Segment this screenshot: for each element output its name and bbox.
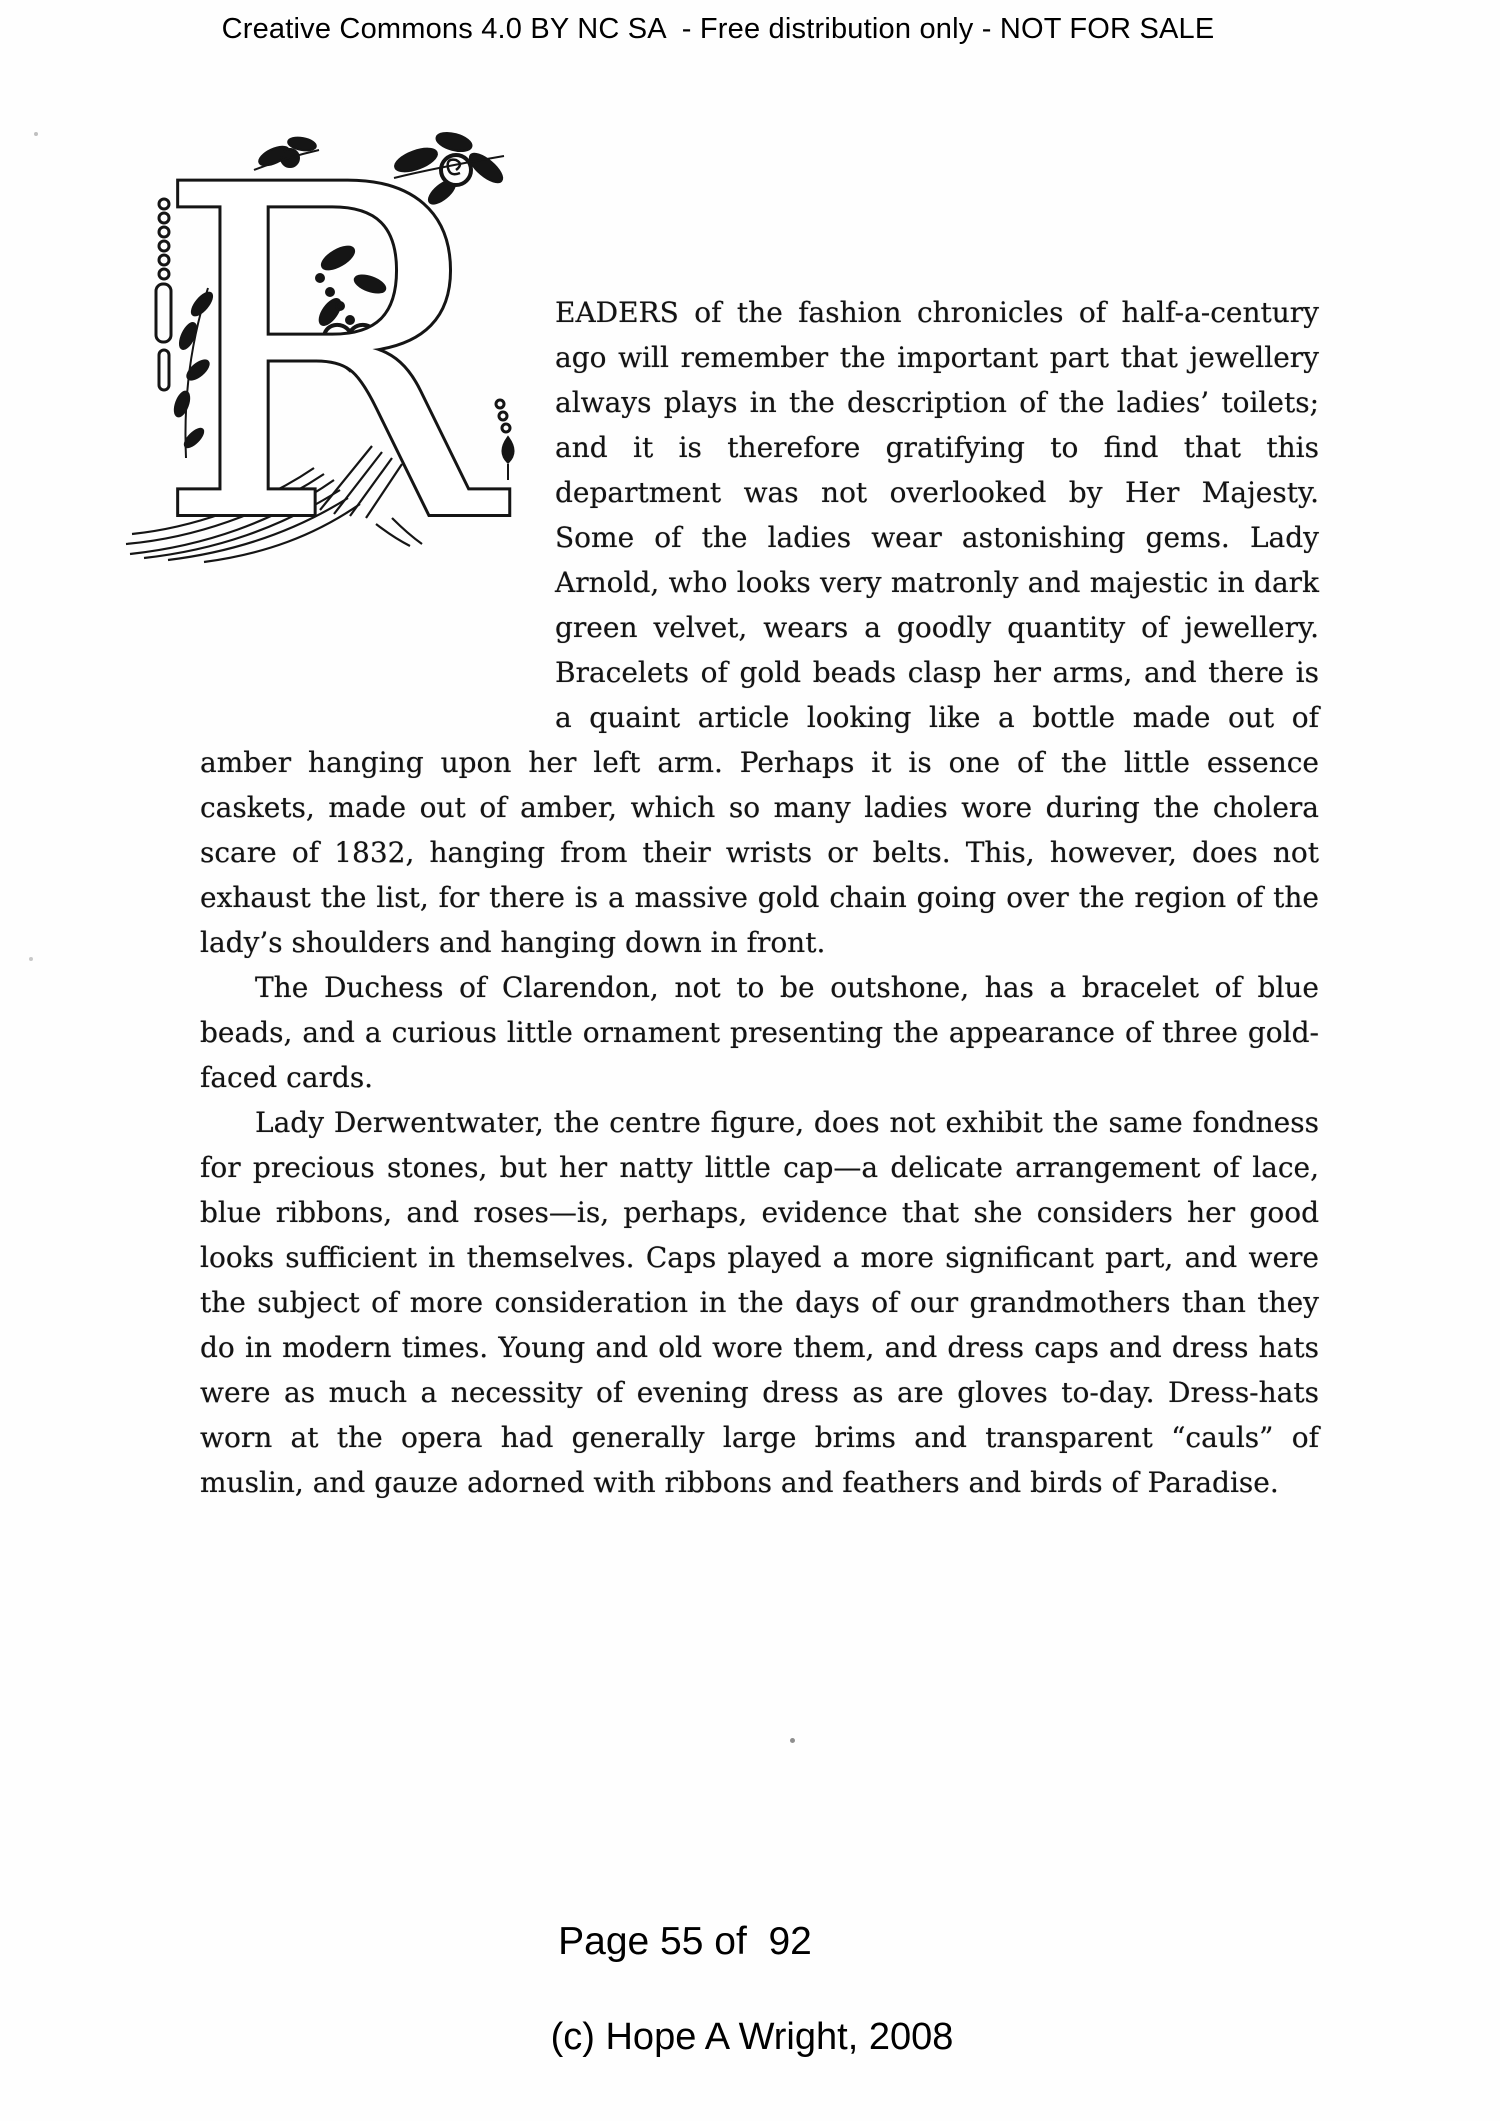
scan-speck [790,1738,795,1743]
scanned-book-page: Creative Commons 4.0 BY NC SA - Free dis… [0,0,1500,2121]
paragraph-3: Lady Derwentwater, the centre figure, do… [200,1100,1319,1505]
copyright-line: (c) Hope A Wright, 2008 [0,2016,1500,2059]
paragraph-1: EADERS of the fashion chronicles of half… [200,290,1319,965]
dropcap-wrap-spacer [200,290,555,740]
page-number: Page 55 of 92 [0,1920,1370,1964]
scan-speck [34,132,38,136]
page-body: EADERS of the fashion chronicles of half… [200,290,1319,1505]
scan-speck [29,957,33,961]
paragraph-2: The Duchess of Clarendon, not to be outs… [200,965,1319,1100]
license-header: Creative Commons 4.0 BY NC SA - Free dis… [0,13,1436,46]
